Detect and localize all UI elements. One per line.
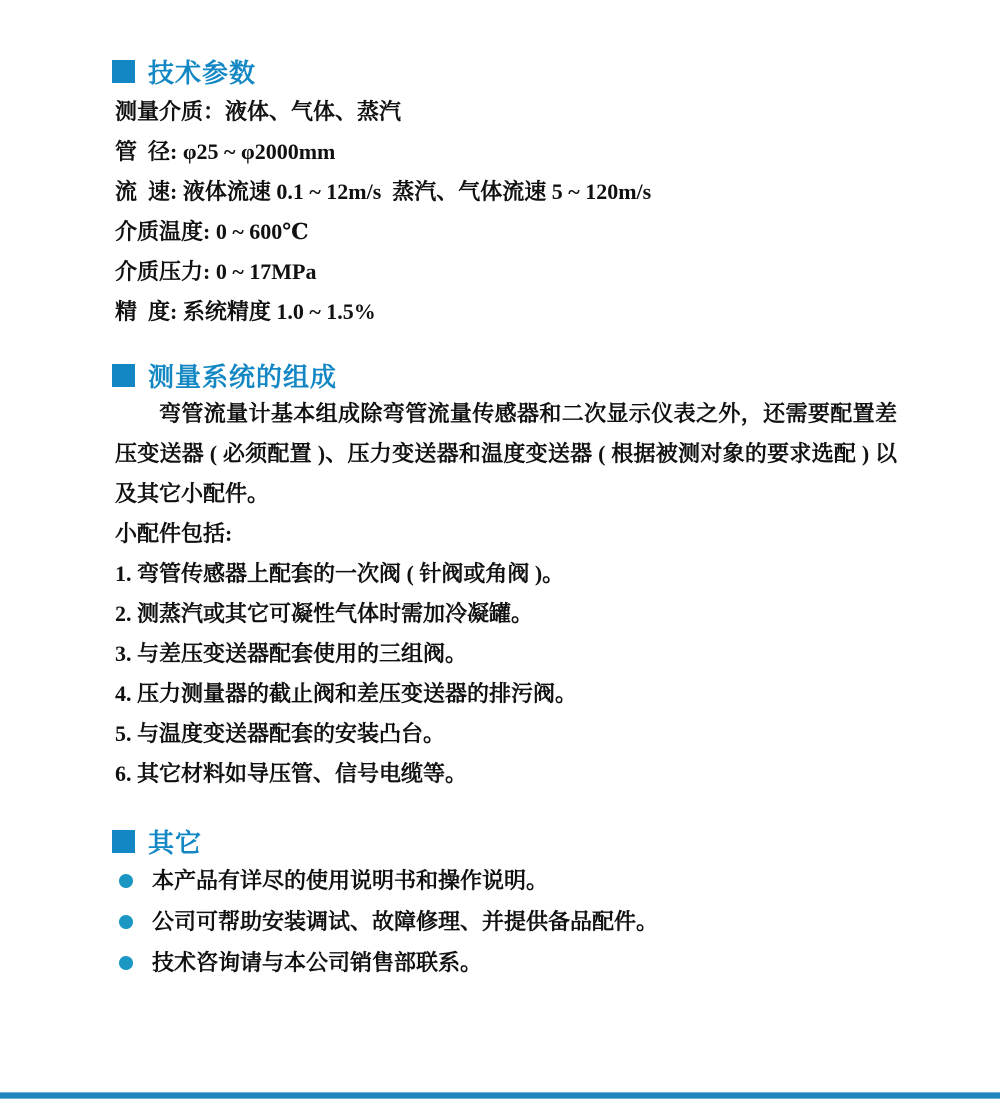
bullet-dot-icon <box>119 956 133 970</box>
bullet-text: 技术咨询请与本公司销售部联系。 <box>152 942 482 983</box>
section-marker-square-icon <box>112 830 135 853</box>
tech-param-line: 测量介质：液体、气体、蒸汽 <box>115 92 922 132</box>
system-composition-paragraph: 弯管流量计基本组成除弯管流量传感器和二次显示仪表之外，还需要配置差压变送器 ( … <box>115 394 897 514</box>
section-header-system-composition: 测量系统的组成 <box>112 360 922 390</box>
tech-param-line: 介质压力: 0 ~ 17MPa <box>115 252 922 292</box>
bottom-divider-bar <box>0 1092 1000 1099</box>
section-title: 测量系统的组成 <box>148 357 337 394</box>
bullet-dot-icon <box>119 874 133 888</box>
accessories-list: 1. 弯管传感器上配套的一次阀 ( 针阀或角阀 )。 2. 测蒸汽或其它可凝性气… <box>115 554 922 794</box>
bullet-row: 本产品有详尽的使用说明书和操作说明。 <box>115 860 922 901</box>
bullet-text: 公司可帮助安装调试、故障修理、并提供备品配件。 <box>152 901 658 942</box>
accessory-item: 5. 与温度变送器配套的安装凸台。 <box>115 714 922 754</box>
accessory-item: 1. 弯管传感器上配套的一次阀 ( 针阀或角阀 )。 <box>115 554 922 594</box>
bullet-row: 公司可帮助安装调试、故障修理、并提供备品配件。 <box>115 901 922 942</box>
tech-param-line: 精 度: 系统精度 1.0 ~ 1.5% <box>115 292 922 332</box>
accessory-item: 4. 压力测量器的截止阀和差压变送器的排污阀。 <box>115 674 922 714</box>
section-header-others: 其它 <box>112 826 922 856</box>
tech-param-line: 介质温度: 0 ~ 600℃ <box>115 212 922 252</box>
datasheet-page: { "theme": { "accent_color": "#1287c4", … <box>0 0 1000 1118</box>
section-title: 技术参数 <box>148 53 256 90</box>
section-header-tech-params: 技术参数 <box>112 56 922 86</box>
page-content: 技术参数 测量介质：液体、气体、蒸汽 管 径: φ25 ~ φ2000mm 流 … <box>112 56 922 983</box>
bullet-text: 本产品有详尽的使用说明书和操作说明。 <box>152 860 548 901</box>
bullet-row: 技术咨询请与本公司销售部联系。 <box>115 942 922 983</box>
bullet-dot-icon <box>119 915 133 929</box>
section-marker-square-icon <box>112 60 135 83</box>
accessories-list-intro: 小配件包括: <box>115 514 922 554</box>
tech-params-list: 测量介质：液体、气体、蒸汽 管 径: φ25 ~ φ2000mm 流 速: 液体… <box>115 92 922 332</box>
tech-param-line: 流 速: 液体流速 0.1 ~ 12m/s 蒸汽、气体流速 5 ~ 120m/s <box>115 172 922 212</box>
accessory-item: 6. 其它材料如导压管、信号电缆等。 <box>115 754 922 794</box>
accessory-item: 2. 测蒸汽或其它可凝性气体时需加冷凝罐。 <box>115 594 922 634</box>
tech-param-line: 管 径: φ25 ~ φ2000mm <box>115 132 922 172</box>
accessory-item: 3. 与差压变送器配套使用的三组阀。 <box>115 634 922 674</box>
section-title: 其它 <box>148 823 202 860</box>
section-marker-square-icon <box>112 364 135 387</box>
others-bullet-list: 本产品有详尽的使用说明书和操作说明。 公司可帮助安装调试、故障修理、并提供备品配… <box>115 860 922 983</box>
